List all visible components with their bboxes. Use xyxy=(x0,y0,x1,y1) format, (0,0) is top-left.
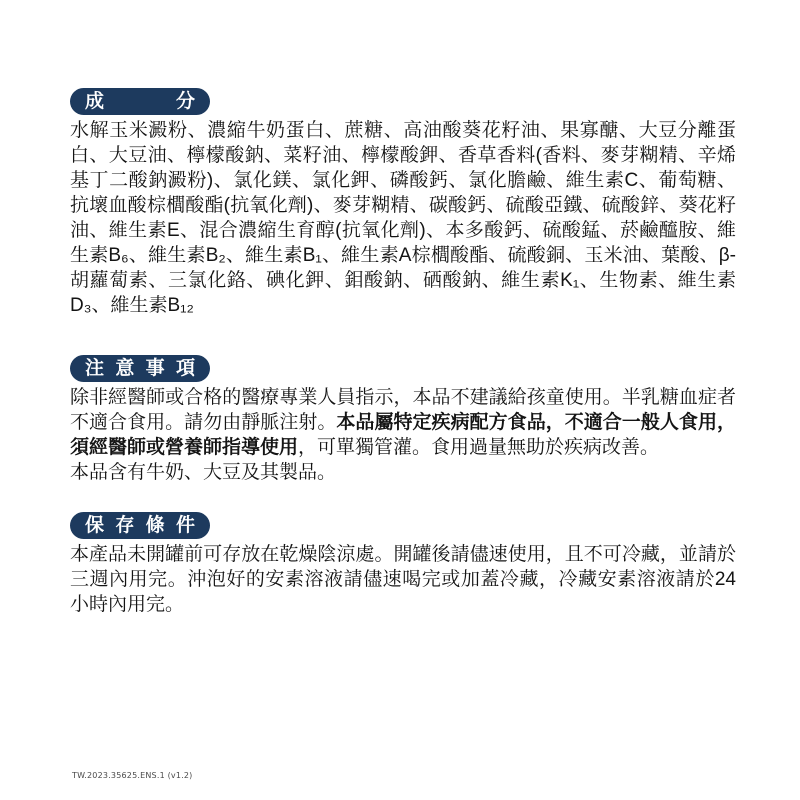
product-label: 成分 水解玉米澱粉、濃縮牛奶蛋白、蔗糖、高油酸葵花籽油、果寡醣、大豆分離蛋白、大… xyxy=(0,0,800,800)
storage-text: 本產品未開罐前可存放在乾燥陰涼處。開罐後請儘速使用，且不可冷藏，並請於三週內用完… xyxy=(70,542,736,617)
precautions-text: 除非經醫師或合格的醫療專業人員指示，本品不建議給孩童使用。半乳糖血症者不適合食用… xyxy=(70,385,736,460)
allergen-note: 本品含有牛奶、大豆及其製品。 xyxy=(70,460,736,485)
label-code: TW.2023.35625.ENS.1 (v1.2) xyxy=(72,771,193,780)
precautions-heading-badge: 注意事項 xyxy=(70,355,210,382)
section-storage: 保存條件 本產品未開罐前可存放在乾燥陰涼處。開罐後請儘速使用，且不可冷藏，並請於… xyxy=(70,512,736,617)
storage-heading-badge: 保存條件 xyxy=(70,512,210,539)
ingredients-heading-badge: 成分 xyxy=(70,88,210,115)
ingredients-text: 水解玉米澱粉、濃縮牛奶蛋白、蔗糖、高油酸葵花籽油、果寡醣、大豆分離蛋白、大豆油、… xyxy=(70,118,736,318)
section-precautions: 注意事項 除非經醫師或合格的醫療專業人員指示，本品不建議給孩童使用。半乳糖血症者… xyxy=(70,355,736,485)
section-ingredients: 成分 水解玉米澱粉、濃縮牛奶蛋白、蔗糖、高油酸葵花籽油、果寡醣、大豆分離蛋白、大… xyxy=(70,88,736,318)
